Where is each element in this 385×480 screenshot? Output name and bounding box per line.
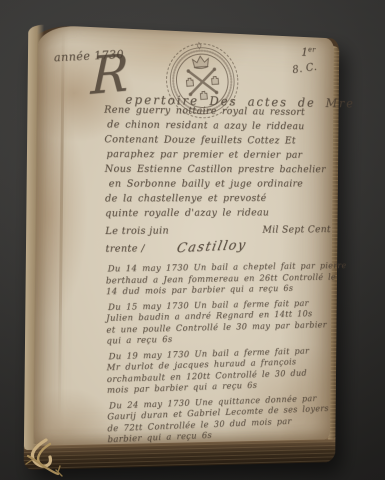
preamble-line: Nous Estienne Castillon prestre bachelie… [105,162,343,177]
manuscript-book: année 1730 1er 8. C. R [24,24,340,470]
folio-suffix: er [308,46,316,54]
repertory-entry: Du 14 may 1730 Un bail a cheptel fait pa… [106,261,344,298]
preamble-line: quinte royalle d'azay le rideau [105,205,343,221]
date-text-right: Mil Sept Cent [262,223,331,238]
page-fold-crease [58,30,65,420]
date-text-carry: trente / [105,241,144,259]
repertory-entries: Du 14 may 1730 Un bail a cheptel fait pa… [106,261,346,446]
folio-number: 1er [301,45,315,59]
manuscript-text: Rene guerry nottaire royal au ressort de… [104,103,345,451]
binding-tie-icon [16,436,70,480]
repertory-entry: Du 15 may 1730 Un bail a ferme fait par … [106,298,344,348]
photo-backdrop: année 1730 1er 8. C. R [0,0,385,480]
notary-signature: Castilloy [175,236,248,257]
date-text-left: Le trois juin [105,224,169,239]
repertory-entry: Du 19 may 1730 Un bail a ferme fait par … [107,345,345,397]
preamble-line: de la chastellenye et prevosté [105,191,343,206]
repertory-entry: Du 24 may 1730 Une quittance donnée par … [107,393,345,447]
preamble-line: paraphez par premier et dernier par [106,147,342,163]
preamble-line: en Sorbonne bailly et juge ordinaire [109,177,343,192]
title-initial: R [90,48,129,103]
preamble-line: Contenant Douze feuillets Cottez Et [104,132,342,148]
signature-row: trente / Castilloy [105,237,343,259]
